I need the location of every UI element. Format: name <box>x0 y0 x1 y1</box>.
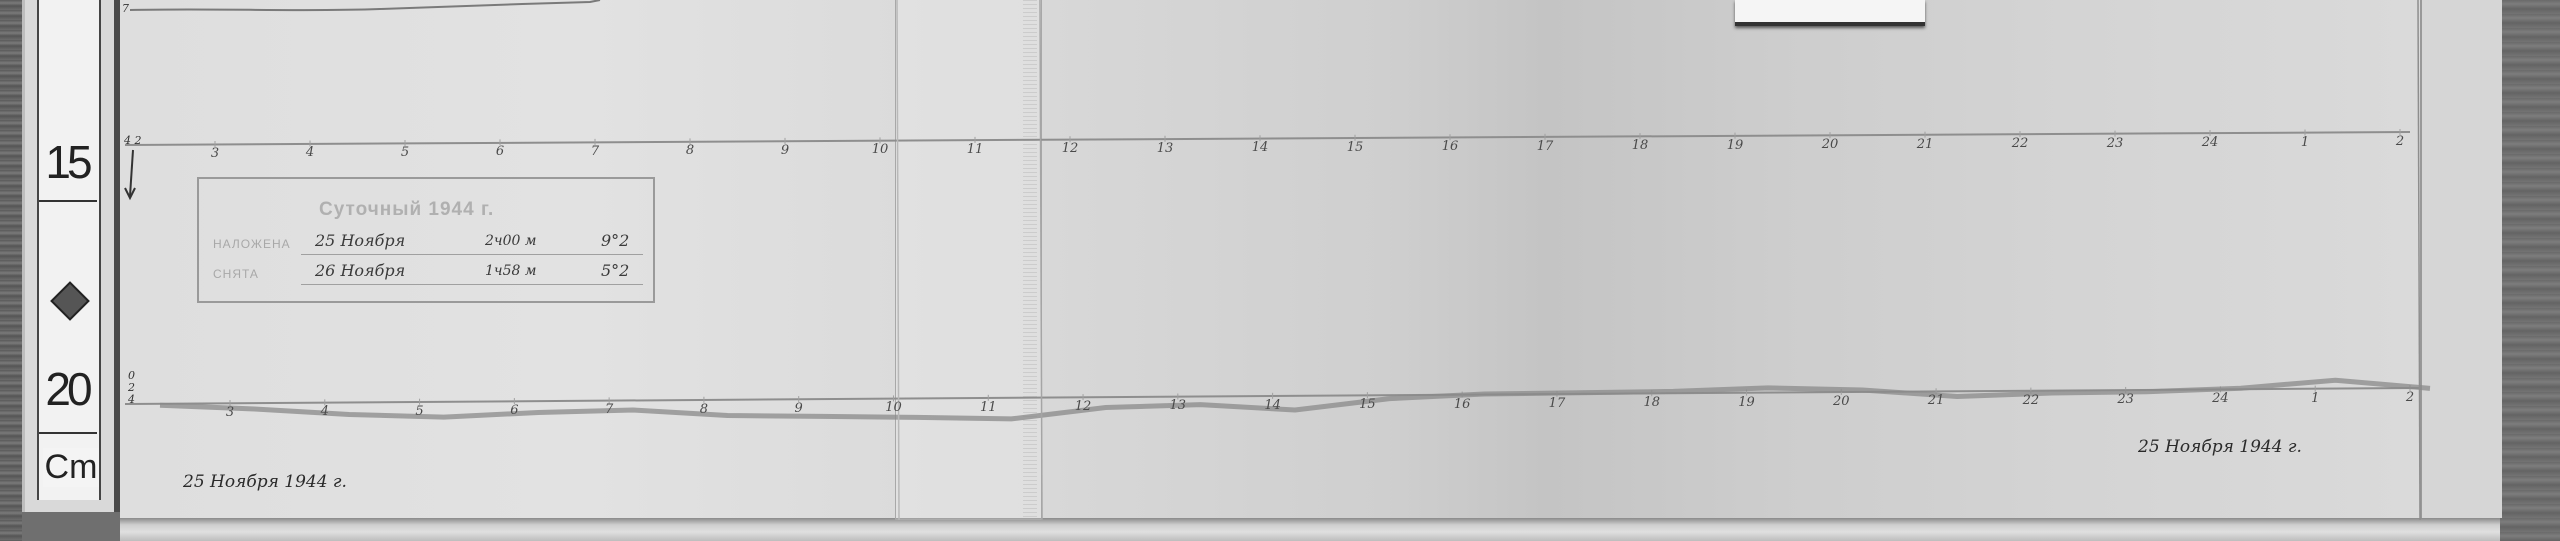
axis-tick-label: 9 <box>795 401 803 416</box>
margin-note-lower-left: 0 2 4 <box>128 370 138 406</box>
axis-tick-label: 1 <box>2301 135 2309 150</box>
stamp-row-installed: НАЛОЖЕНА 25 Ноября 2ч00 м 9°2 <box>213 235 643 255</box>
axis-tick-label: 24 <box>2202 135 2219 150</box>
stamp-label: НАЛОЖЕНА <box>213 237 291 251</box>
axis-tick-label: 19 <box>1738 395 1755 410</box>
signature-date-left: 25 Ноября 1944 г. <box>183 472 347 492</box>
stamp-label: СНЯТА <box>213 267 259 281</box>
axis-tick-label: 3 <box>211 146 219 161</box>
axis-tick-label: 15 <box>1347 140 1364 155</box>
axis-tick-label: 19 <box>1727 138 1744 153</box>
axis-tick-label: 15 <box>1359 397 1376 412</box>
axis-tick-label: 2 <box>2406 390 2414 405</box>
axis-tick-label: 13 <box>1157 141 1174 156</box>
axis-tick-label: 1 <box>2311 391 2319 406</box>
axis-tick-label: 9 <box>781 143 789 158</box>
axis-tick-label: 8 <box>686 143 694 158</box>
axis-tick-label: 12 <box>1075 399 1092 414</box>
axis-tick-label: 4 <box>321 404 329 419</box>
axis-tick-label: 14 <box>1264 398 1281 413</box>
stamp-title: Суточный 1944 г. <box>319 199 494 221</box>
axis-tick-label: 22 <box>2023 393 2040 408</box>
axis-tick-label: 21 <box>1917 137 1934 152</box>
axis-tick-label: 23 <box>2107 136 2124 151</box>
axis-tick-label: 4 <box>306 145 314 160</box>
axis-tick-label: 11 <box>980 400 997 415</box>
axis-tick-label: 10 <box>872 142 889 157</box>
axis-tick-label: 5 <box>415 404 423 419</box>
axis-tick-label: 3 <box>226 405 234 420</box>
axis-tick-label: 7 <box>591 144 599 159</box>
axis-tick-label: 2 <box>2396 134 2404 149</box>
stamp-extra: 9°2 <box>601 231 629 250</box>
axis-tick-label: 10 <box>885 400 902 415</box>
axis-tick-label: 20 <box>1822 137 1839 152</box>
signature-date-right: 25 Ноября 1944 г. <box>2138 437 2302 457</box>
axis-tick-label: 6 <box>510 403 518 418</box>
axis-tick-label: 5 <box>401 145 409 160</box>
axis-tick-label: 20 <box>1833 394 1850 409</box>
axis-tick-label: 6 <box>496 144 504 159</box>
axis-tick-label: 8 <box>700 402 708 417</box>
stamp-extra: 5°2 <box>601 261 629 280</box>
axis-tick-label: 18 <box>1643 395 1660 410</box>
axis-tick-label: 17 <box>1549 396 1566 411</box>
axis-tick-label: 21 <box>1928 393 1945 408</box>
axis-tick-label: 13 <box>1170 398 1187 413</box>
axis-tick-label: 7 <box>605 402 613 417</box>
axis-tick-label: 18 <box>1632 138 1649 153</box>
axis-tick-label: 24 <box>2212 391 2229 406</box>
stamp-time: 2ч00 м <box>485 233 537 249</box>
axis-tick-label: 11 <box>967 142 984 157</box>
margin-note-top: 7 <box>122 2 129 15</box>
margin-note-upper-left: 4 2 <box>124 134 142 147</box>
stamp-date: 26 Ноября <box>315 261 405 280</box>
stamp-date: 25 Ноября <box>315 231 405 250</box>
axis-tick-label: 16 <box>1442 139 1459 154</box>
stamp-time: 1ч58 м <box>485 263 537 279</box>
stamp-row-removed: СНЯТА 26 Ноября 1ч58 м 5°2 <box>213 265 643 285</box>
axis-tick-label: 17 <box>1537 139 1554 154</box>
axis-tick-label: 22 <box>2012 136 2029 151</box>
axis-tick-label: 23 <box>2117 392 2134 407</box>
axis-tick-label: 14 <box>1252 140 1269 155</box>
record-stamp: Суточный 1944 г. НАЛОЖЕНА 25 Ноября 2ч00… <box>197 177 655 303</box>
axis-tick-label: 16 <box>1454 397 1471 412</box>
axis-tick-label: 12 <box>1062 141 1079 156</box>
